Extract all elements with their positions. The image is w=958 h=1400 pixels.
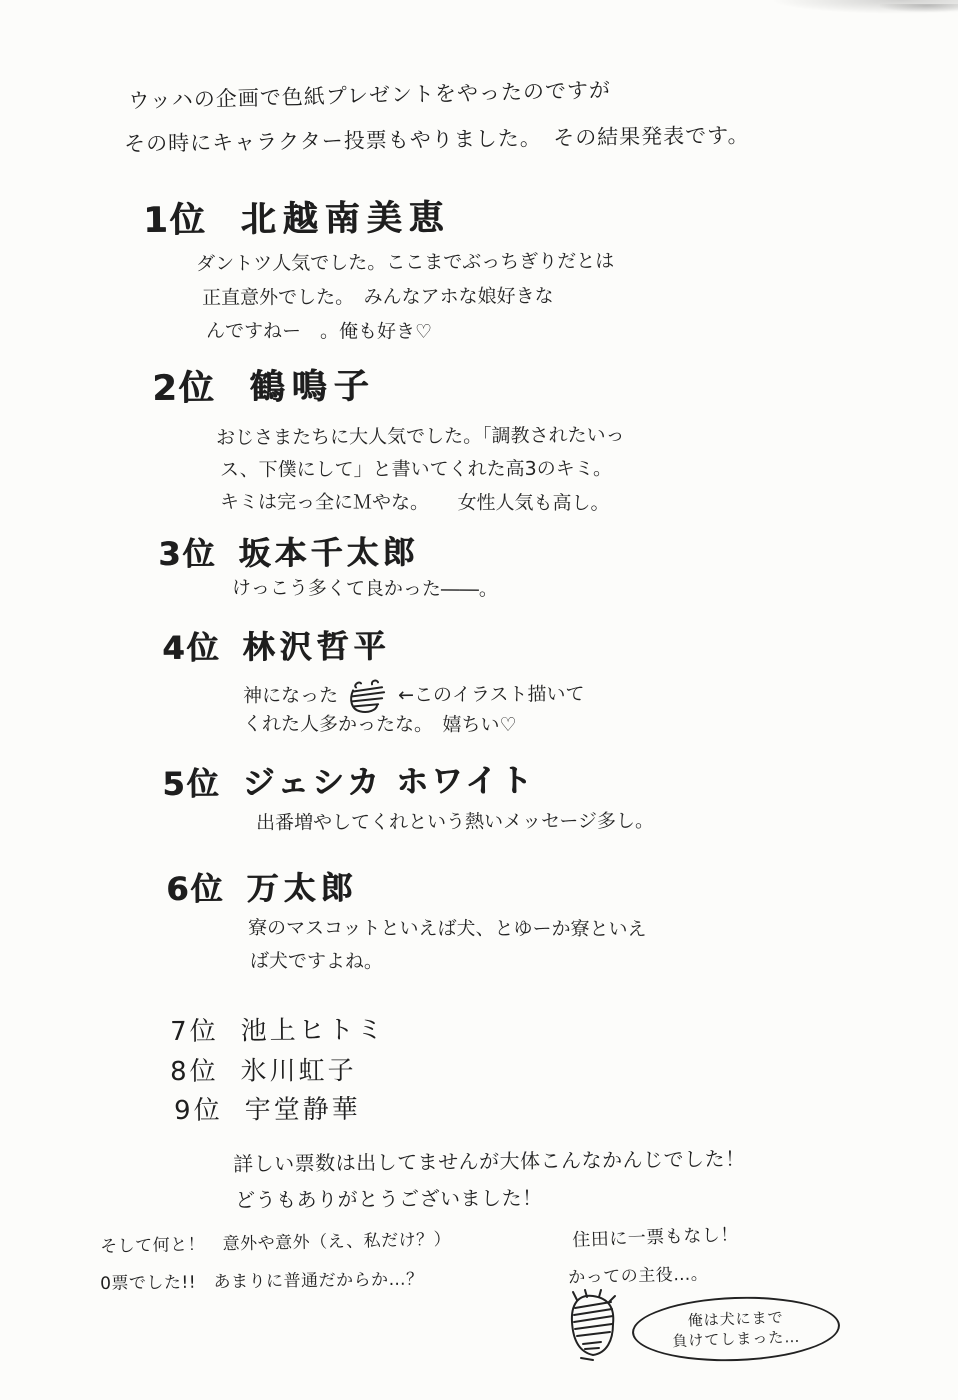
intro-line: ウッハの企画で色紙プレゼントをやったのですが — [128, 77, 611, 114]
postscript-right-line: 住田に一票もなし！ — [572, 1224, 739, 1252]
postscript-right-line: かっての主役…。 — [568, 1264, 709, 1289]
ranking-heading-7: 7位池上ヒトミ — [170, 1014, 386, 1048]
gloomy-face-doodle — [563, 1288, 627, 1364]
comment-text: 神になった — [243, 685, 338, 709]
comment-line: おじさまたちに大人気でした。「調教されたいっ — [216, 424, 625, 451]
ranking-heading-8: 8位氷川虹子 — [170, 1055, 357, 1088]
postscript-left-line: 0票でした!! あまりに普通だからか…？ — [100, 1269, 424, 1295]
speech-bubble-line: 負けてしまった… — [672, 1327, 801, 1352]
comment-line: んですねー 。俺も好き♡ — [206, 320, 432, 345]
scanned-afterword-page: ウッハの企画で色紙プレゼントをやったのですが その時にキャラクター投票もやりまし… — [0, 0, 958, 1400]
rank-number: 8位 — [170, 1056, 219, 1089]
character-name: 林沢哲平 — [242, 626, 390, 667]
scan-smudge — [770, 0, 958, 14]
closing-line: どうもありがとうございました！ — [235, 1186, 543, 1213]
ranking-heading-6: 6位万太郎 — [166, 868, 358, 909]
comment-line: 出番増やしてくれという熱いメッセージ多し。 — [256, 810, 654, 836]
comment-line: ス、下僕にして」と書いてくれた高3のキミ。 — [220, 458, 612, 483]
character-name: 池上ヒトミ — [241, 1015, 386, 1046]
comment-line: キミは完っ全にＭやな。 女性人気も高し。 — [220, 491, 610, 516]
ranking-heading-5: 5位ジェシカ ホワイト — [162, 760, 535, 804]
ranking-heading-1: 1位北越南美恵 — [143, 197, 451, 243]
rank-number: 5位 — [162, 763, 221, 804]
ranking-heading-4: 4位林沢哲平 — [162, 626, 391, 668]
rank-number: 9位 — [174, 1095, 223, 1128]
ranking-heading-3: 3位坂本千太郎 — [158, 532, 419, 574]
ranking-heading-9: 9位宇堂静華 — [174, 1094, 361, 1128]
comment-line: ば犬ですよね。 — [250, 950, 383, 974]
character-name: 宇堂静華 — [245, 1095, 361, 1126]
rank-number: 6位 — [166, 869, 225, 909]
rank-number: 2位 — [152, 367, 216, 411]
scribble-illustration-doodle — [346, 677, 390, 715]
comment-line: 正直意外でした。 みんなアホな娘好きな — [202, 285, 554, 311]
character-name: 鶴鳴子 — [249, 366, 375, 411]
intro-line: その時にキャラクター投票もやりました。 その結果発表です。 — [124, 122, 750, 157]
comment-line: けっこう多くて良かった――。 — [232, 577, 498, 602]
comment-line: 寮のマスコットといえば犬、とゆーか寮といえ — [248, 917, 647, 942]
postscript-left-line: そして何と！ 意外や意外（え、私だけ？） — [100, 1230, 451, 1259]
character-name: ジェシカ ホワイト — [242, 760, 535, 803]
rank-number: 1位 — [143, 199, 207, 243]
comment-line-with-doodle: 神になった ←このイラスト描いて — [243, 676, 585, 716]
character-name: 氷川虹子 — [241, 1056, 357, 1087]
character-name: 北越南美恵 — [240, 197, 450, 243]
comment-line: くれた人多かったな。 嬉ちい♡ — [243, 713, 517, 738]
rank-number: 4位 — [162, 627, 221, 668]
character-name: 坂本千太郎 — [238, 532, 418, 573]
closing-line: 詳しい票数は出してませんが大体こんなかんじでした！ — [233, 1147, 746, 1177]
comment-text: ←このイラスト描いて — [398, 683, 584, 708]
scan-smudge — [880, 4, 958, 12]
rank-number: 7位 — [170, 1016, 219, 1049]
comment-line: ダントツ人気でした。ここまでぶっちぎりだとは — [196, 250, 614, 277]
rank-number: 3位 — [158, 534, 217, 574]
ranking-heading-2: 2位鶴鳴子 — [152, 366, 376, 412]
character-name: 万太郎 — [246, 868, 357, 909]
speech-bubble: 俺は犬にまで 負けてしまった… — [631, 1293, 841, 1364]
